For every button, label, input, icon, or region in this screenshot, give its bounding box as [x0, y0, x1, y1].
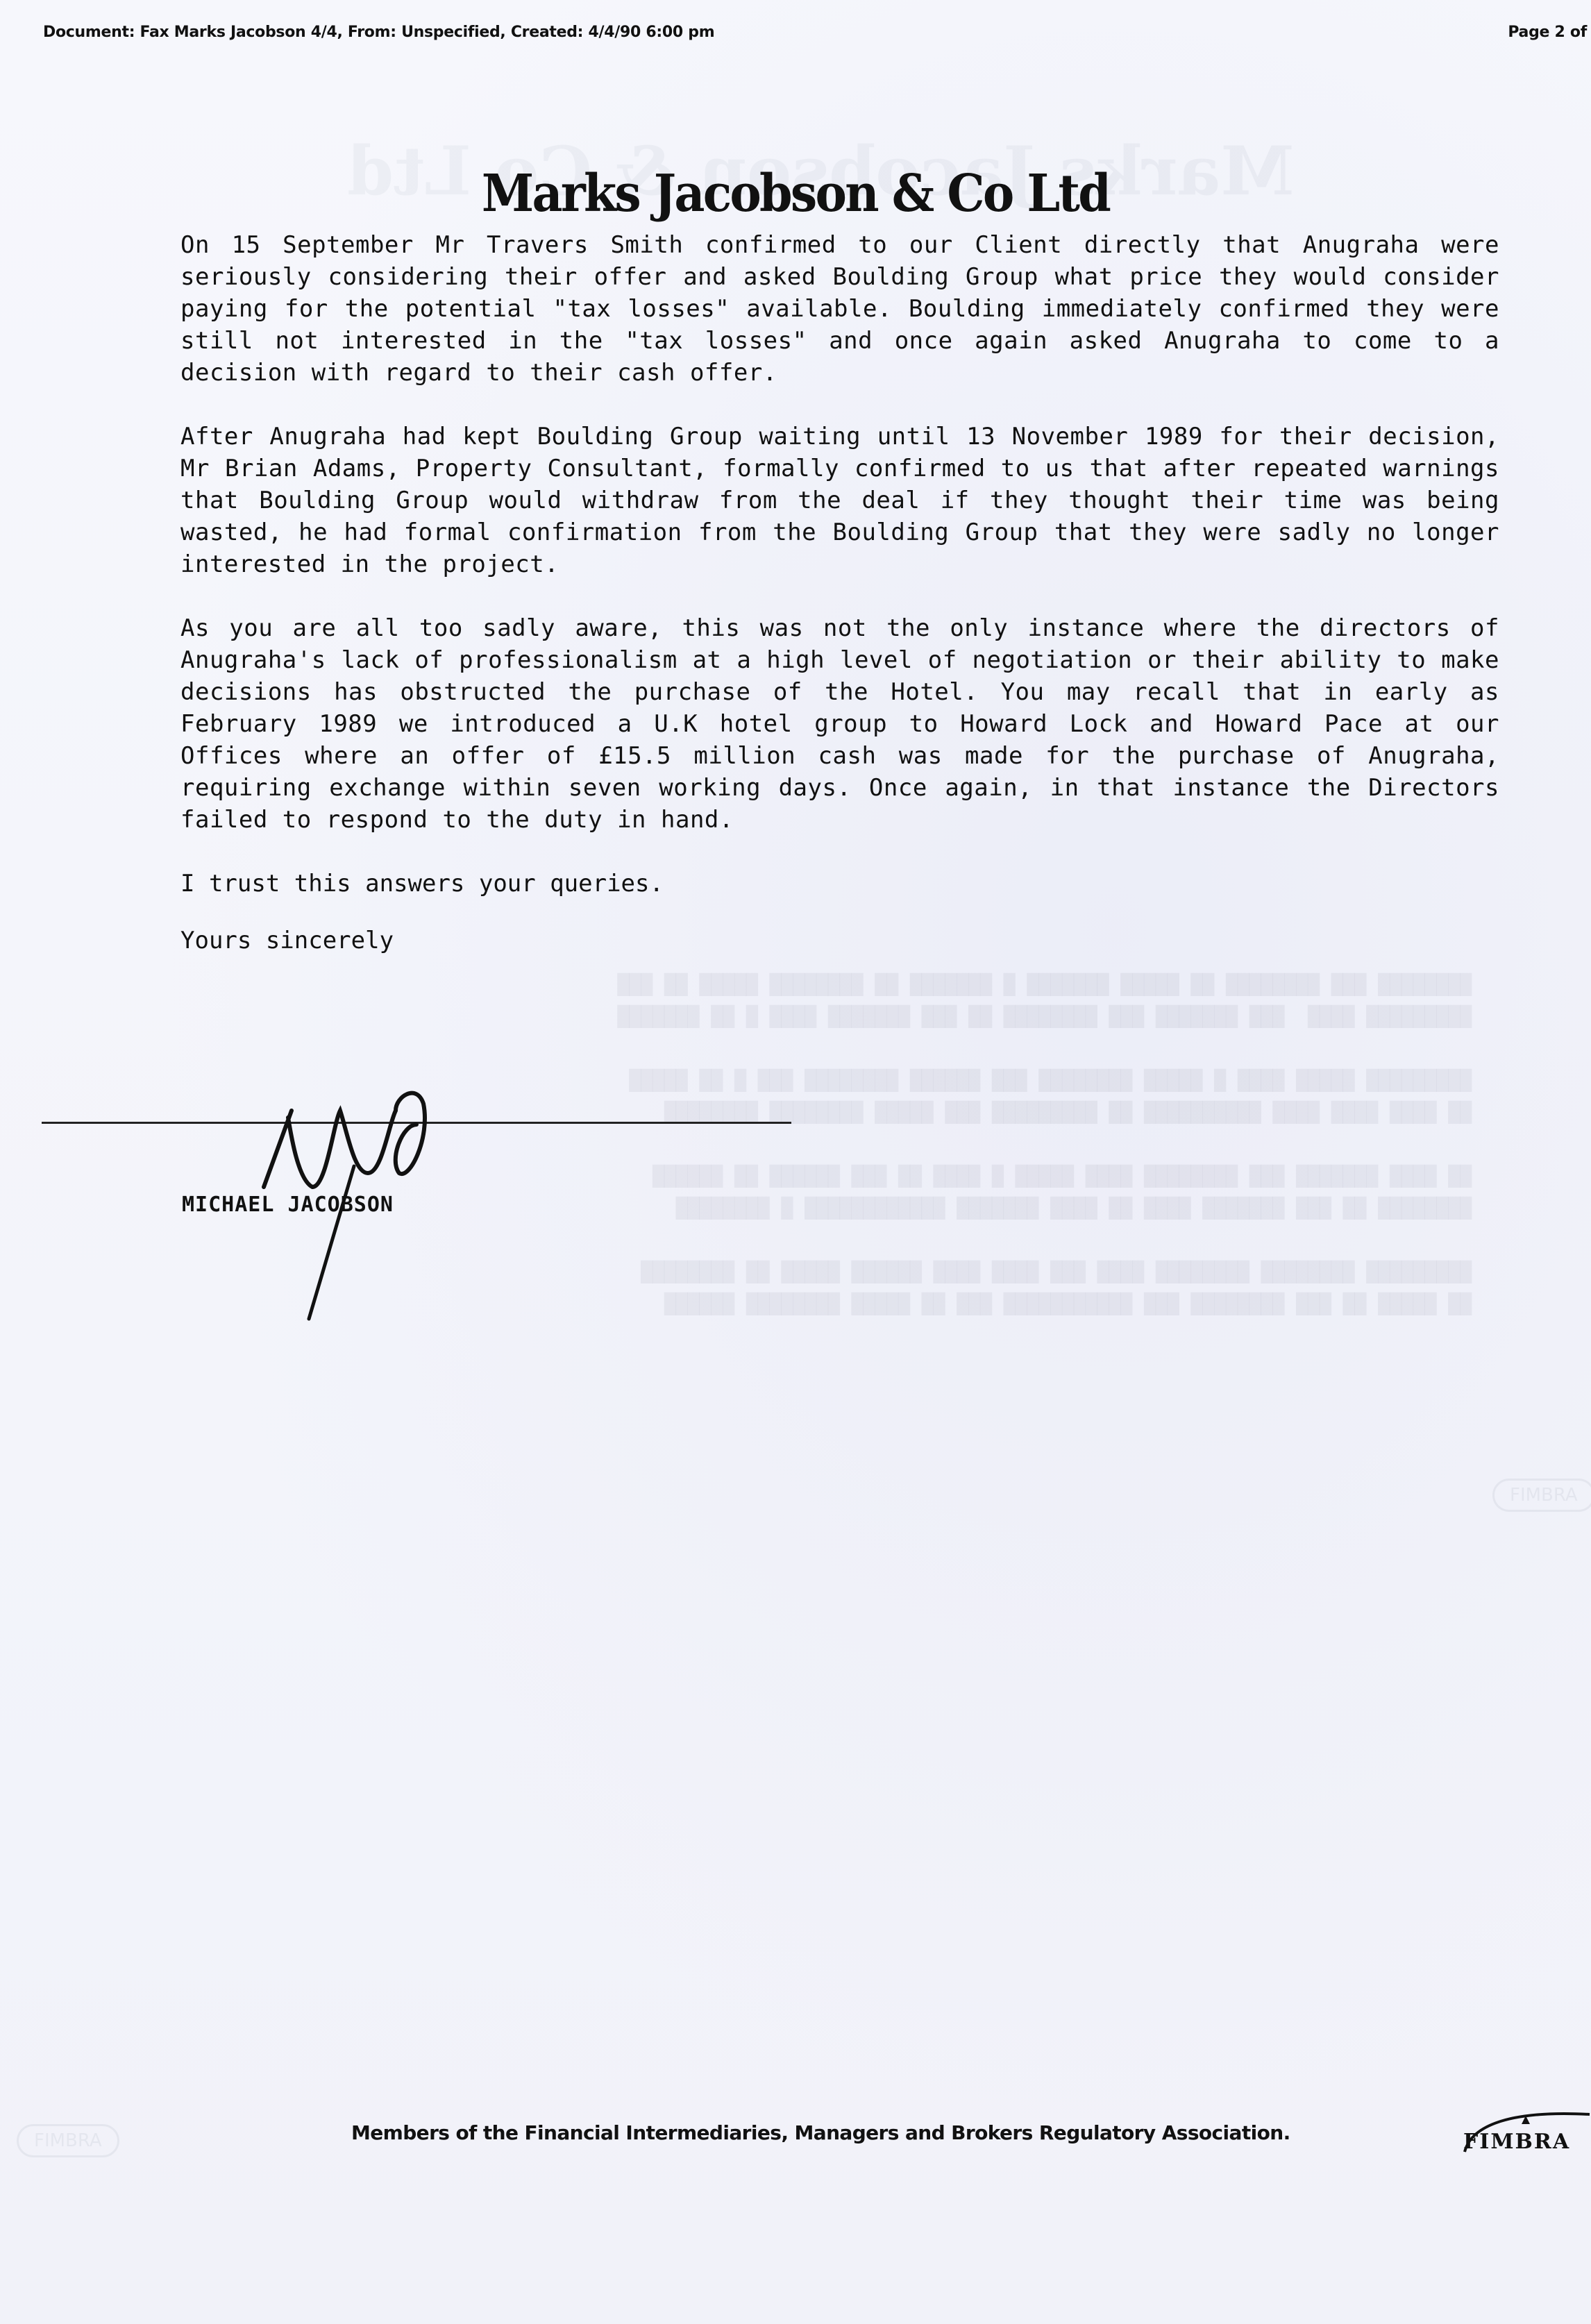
signatory-name: MICHAEL JACOBSON — [182, 1193, 394, 1217]
paragraph-boulding-withdrawal: After Anugraha had kept Boulding Group w… — [180, 421, 1499, 580]
fax-document-info: Document: Fax Marks Jacobson 4/4, From: … — [43, 24, 714, 41]
paragraph-tax-losses: On 15 September Mr Travers Smith confirm… — [180, 229, 1499, 389]
show-through-stamp-right: FIMBRA — [1492, 1479, 1591, 1512]
regulatory-footer: Members of the Financial Intermediaries,… — [351, 2121, 1290, 2144]
show-through-stamp-left: FIMBRA — [17, 2124, 119, 2157]
fax-transmission-header: Document: Fax Marks Jacobson 4/4, From: … — [43, 24, 1591, 41]
closing-line: I trust this answers your queries. — [180, 868, 1499, 900]
letter-body: On 15 September Mr Travers Smith confirm… — [180, 229, 1499, 957]
valediction: Yours sincerely — [180, 925, 1499, 957]
fimbra-logo-text: FIMBRA — [1463, 2130, 1570, 2154]
handwritten-signature — [250, 1083, 500, 1361]
signature-block — [42, 1083, 805, 1361]
company-letterhead: Marks Jacobson & Co Ltd — [64, 164, 1528, 224]
paragraph-prior-instance: As you are all too sadly aware, this was… — [180, 612, 1499, 836]
fimbra-logo: FIMBRA — [1458, 2110, 1591, 2159]
fax-page-number: Page 2 of — [1508, 24, 1587, 41]
